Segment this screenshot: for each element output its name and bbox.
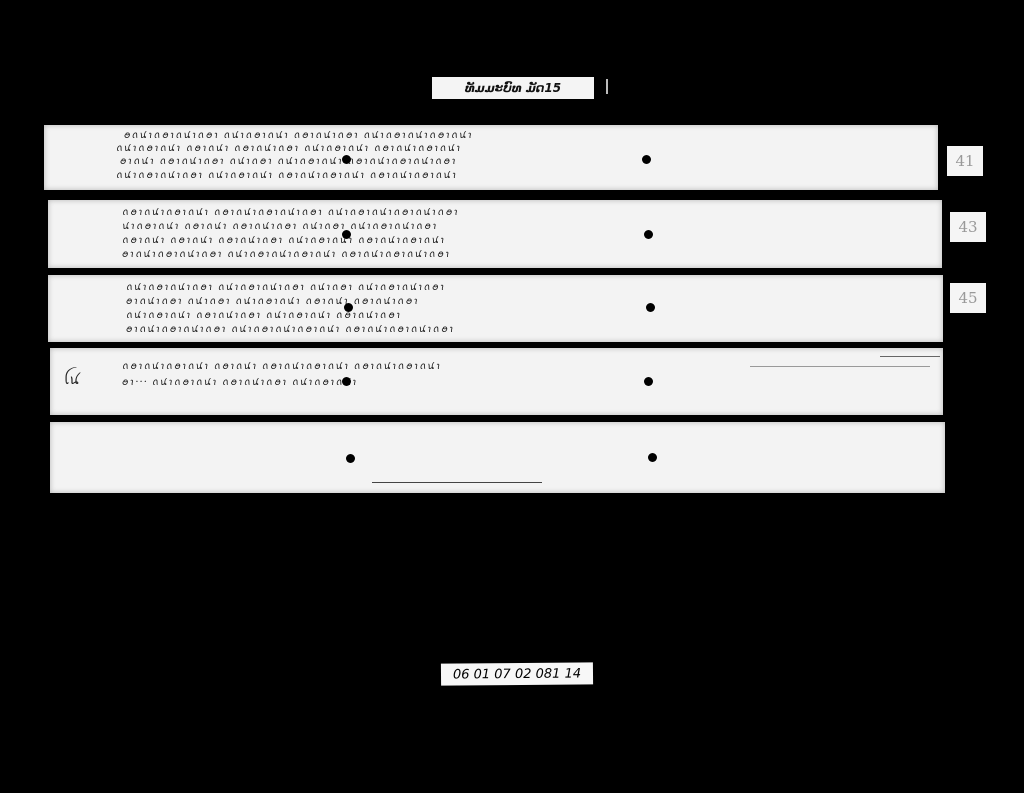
manuscript-title-label: ທັມມະບົທ ມັດ15 (432, 77, 594, 99)
binding-hole (344, 303, 353, 312)
palm-leaf-2: ꪒ꪿ꪮꪱꪒ꪿ꪙꪱꪒ꪿ꪮꪱꪒ꪿ꪙꪱ ꪒ꪿ꪮꪱꪒ꪿ꪙꪱꪒ꪿ꪮꪱꪒ꪿ꪙꪱꪒ꪿ꪮꪱ ꪒ꪿… (48, 200, 942, 268)
text-line: ꪒ꪿ꪙꪱꪒ꪿ꪮꪱꪒ꪿ꪙꪱ ꪒ꪿ꪮꪱꪒ꪿ꪙꪱꪒ꪿ꪮꪱ ꪒ꪿ꪙꪱꪒ꪿ꪮꪱꪒ꪿ꪙꪱ ꪒ… (126, 311, 926, 320)
ruler-tick (606, 79, 608, 94)
text-line: ꪒ꪿ꪙꪱꪒ꪿ꪮꪱꪒ꪿ꪙꪱꪒ꪿ꪮꪱ ꪒ꪿ꪙꪱꪒ꪿ꪮꪱꪒ꪿ꪙꪱ ꪒ꪿ꪮꪱꪒ꪿ꪙꪱꪒ꪿… (116, 171, 926, 180)
text-line: ꪮ꪿ꪒ꪿ꪙꪱꪒ꪿ꪮꪱꪒ꪿ꪙꪱꪒ꪿ꪮꪱ ꪒ꪿ꪙꪱꪒ꪿ꪮꪱꪒ꪿ꪙꪱ ꪒ꪿ꪮꪱꪒ꪿ꪙꪱ… (124, 131, 924, 140)
palm-leaf-3: ꪒ꪿ꪙꪱꪒ꪿ꪮꪱꪒ꪿ꪙꪱꪒ꪿ꪮꪱ ꪒ꪿ꪙꪱꪒ꪿ꪮꪱꪒ꪿ꪙꪱꪒ꪿ꪮꪱ ꪒ꪿ꪙꪱꪒ꪿… (48, 275, 943, 342)
binding-hole (646, 303, 655, 312)
text-line: ꪒ꪿ꪙꪱꪒ꪿ꪮꪱꪒ꪿ꪙꪱ ꪒ꪿ꪮꪱꪒ꪿ꪙꪱ ꪒ꪿ꪮꪱꪒ꪿ꪙꪱꪒ꪿ꪮꪱ ꪒ꪿ꪙꪱꪒ… (116, 144, 926, 153)
text-line: ꪮꪱ··· ꪒ꪿ꪙꪱꪒ꪿ꪮꪱꪒ꪿ꪙꪱ ꪒ꪿ꪮꪱꪒ꪿ꪙꪱꪒ꪿ꪮꪱ ꪒ꪿ꪙꪱꪒ꪿ꪮꪱ… (122, 378, 522, 387)
binding-hole (342, 377, 351, 386)
text-line: ꪮꪱꪒ꪿ꪙꪱꪒ꪿ꪮꪱꪒ꪿ꪙꪱꪒ꪿ꪮꪱ ꪒ꪿ꪙꪱꪒ꪿ꪮꪱꪒ꪿ꪙꪱꪒ꪿ꪮꪱꪒ꪿ꪙꪱ … (126, 325, 936, 334)
text-line: ꪒ꪿ꪙꪱꪒ꪿ꪮꪱꪒ꪿ꪙꪱꪒ꪿ꪮꪱ ꪒ꪿ꪙꪱꪒ꪿ꪮꪱꪒ꪿ꪙꪱꪒ꪿ꪮꪱ ꪒ꪿ꪙꪱꪒ꪿… (126, 283, 926, 292)
text-line: ꪒ꪿ꪮꪱꪒ꪿ꪙꪱ ꪒ꪿ꪮꪱꪒ꪿ꪙꪱ ꪒ꪿ꪮꪱꪒ꪿ꪙꪱꪒ꪿ꪮꪱ ꪒ꪿ꪙꪱꪒ꪿ꪮꪱꪒ… (122, 236, 932, 245)
text-line: ꪒ꪿ꪮꪱꪒ꪿ꪙꪱꪒ꪿ꪮꪱꪒ꪿ꪙꪱ ꪒ꪿ꪮꪱꪒ꪿ꪙꪱꪒ꪿ꪮꪱꪒ꪿ꪙꪱꪒ꪿ꪮꪱ ꪒ꪿… (122, 208, 932, 217)
binding-hole (342, 230, 351, 239)
binding-hole (642, 155, 651, 164)
palm-leaf-1: ꪮ꪿ꪒ꪿ꪙꪱꪒ꪿ꪮꪱꪒ꪿ꪙꪱꪒ꪿ꪮꪱ ꪒ꪿ꪙꪱꪒ꪿ꪮꪱꪒ꪿ꪙꪱ ꪒ꪿ꪮꪱꪒ꪿ꪙꪱ… (44, 125, 938, 190)
catalog-number-label: 06 01 07 02 081 14 (441, 662, 593, 685)
text-line: ꪮꪱꪒ꪿ꪙꪱ ꪒ꪿ꪮꪱꪒ꪿ꪙꪱꪒ꪿ꪮꪱ ꪒ꪿ꪙꪱꪒ꪿ꪮꪱ ꪒ꪿ꪙꪱꪒ꪿ꪮꪱꪒ꪿ꪙ… (120, 157, 926, 166)
binding-hole (644, 230, 653, 239)
binding-hole (648, 453, 657, 462)
page-number-label: 45 (950, 283, 986, 313)
text-line: ꪮꪱꪒ꪿ꪙꪱꪒ꪿ꪮꪱ ꪒ꪿ꪙꪱꪒ꪿ꪮꪱ ꪒ꪿ꪙꪱꪒ꪿ꪮꪱꪒ꪿ꪙꪱ ꪒ꪿ꪮꪱꪒ꪿ꪙ… (126, 297, 926, 306)
binding-hole (644, 377, 653, 386)
scratch-mark (372, 482, 542, 483)
scratch-mark (880, 356, 940, 357)
binding-hole (342, 155, 351, 164)
binding-hole (346, 454, 355, 463)
page-number-label: 43 (950, 212, 986, 242)
text-line: ꪮꪱꪒ꪿ꪙꪱꪒ꪿ꪮꪱꪒ꪿ꪙꪱꪒ꪿ꪮꪱ ꪒ꪿ꪙꪱꪒ꪿ꪮꪱꪒ꪿ꪙꪱꪒ꪿ꪮꪱꪒ꪿ꪙꪱ … (122, 250, 932, 259)
text-line: ꪙꪱꪒ꪿ꪮꪱꪒ꪿ꪙꪱ ꪒ꪿ꪮꪱꪒ꪿ꪙꪱ ꪒ꪿ꪮꪱꪒ꪿ꪙꪱꪒ꪿ꪮꪱ ꪒ꪿ꪙꪱꪒ꪿ꪮ… (122, 222, 932, 231)
scratch-mark (750, 366, 930, 367)
palm-leaf-4: ꪶꪙ ꪒ꪿ꪮꪱꪒ꪿ꪙꪱꪒ꪿ꪮꪱꪒ꪿ꪙꪱ ꪒ꪿ꪮꪱꪒ꪿ꪙꪱ ꪒ꪿ꪮꪱꪒ꪿ꪙꪱꪒ꪿ꪮ… (50, 348, 943, 415)
margin-annotation: ꪶꪙ (64, 366, 80, 395)
palm-leaf-5-blank (50, 422, 945, 493)
page-number-label: 41 (947, 146, 983, 176)
